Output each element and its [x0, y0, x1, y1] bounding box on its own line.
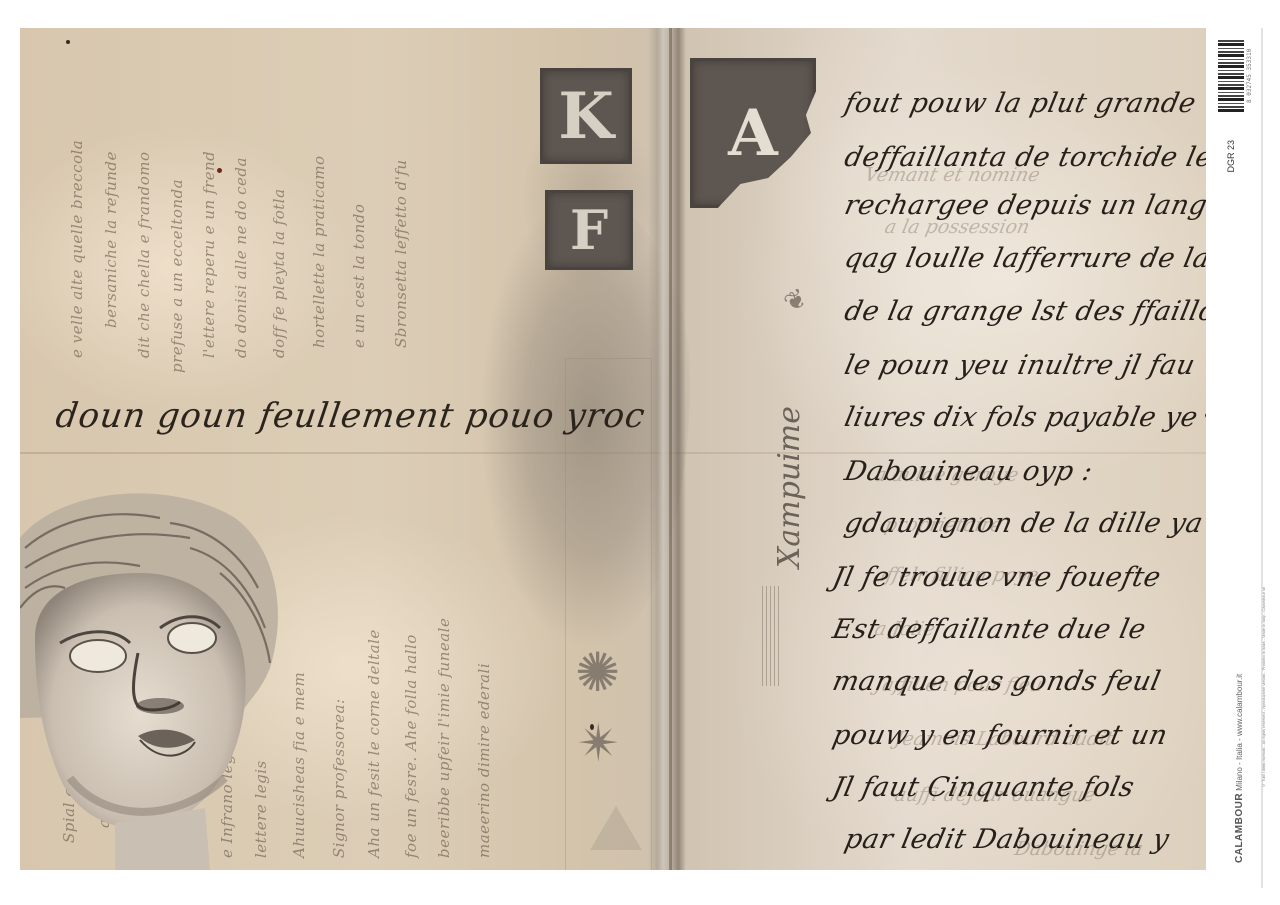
- brand-address: Milano - Italia - www.calambour.it: [1235, 674, 1244, 791]
- script-column: Aha un fesit le corne deltale: [365, 629, 383, 858]
- handwriting-line: Est deffaillante due le: [830, 614, 1149, 645]
- handwriting-line: rechargee depuis un lange: [842, 190, 1206, 221]
- script-column: e un cest la tondo: [350, 204, 368, 348]
- script-column: hortellette la praticamo: [310, 155, 328, 348]
- brand-name: CALAMBOUR: [1234, 793, 1245, 863]
- handwriting-line: Jl fe trouue vne fouefte: [830, 562, 1164, 593]
- vertical-signature: Xampuime: [772, 406, 807, 568]
- ornamental-initial-f: F: [545, 190, 633, 270]
- statue-head-illustration: [20, 478, 285, 870]
- tiny-print-block: [762, 586, 782, 686]
- script-column: Sbronsetta leffetto d'fu: [392, 159, 410, 348]
- script-column: prefuse a un ecceltonda: [168, 179, 186, 373]
- artwork-sheet: e velle alte quelle breccola bersaniche …: [20, 28, 1206, 870]
- ornamental-initial-k: K: [540, 68, 632, 164]
- handwriting-line: liures dix fols payable ye: [842, 402, 1201, 433]
- script-column: doff fe pleyta la fotla: [270, 188, 288, 358]
- rosette-icon: ✺: [575, 646, 620, 700]
- handwriting-line: de la grange lst des ffaillon: [842, 296, 1206, 327]
- script-column: dit che chella e frandomo: [135, 151, 153, 358]
- brand-line: CALAMBOUR Milano - Italia - www.calambou…: [1234, 583, 1245, 863]
- book-gutter: [648, 28, 686, 870]
- ink-speck: [66, 40, 70, 44]
- script-column: l'ettere reperu e un frend: [200, 151, 218, 358]
- initial-letter: K: [558, 79, 614, 154]
- script-column: do donisi alle ne do ceda: [232, 157, 250, 358]
- script-column: foe un fesre. Ahe folla hallo: [402, 634, 420, 858]
- product-code: DGR 23: [1226, 140, 1236, 173]
- branding-margin: 8 032745 353310 DGR 23 © Tutti i diritti…: [1206, 28, 1280, 878]
- gutter-line: [669, 28, 672, 870]
- quill-feather-icon: ❦: [779, 283, 813, 320]
- script-column: bersaniche la refunde: [102, 151, 120, 328]
- triangle-icon: [590, 806, 642, 850]
- script-column: beeribbe upfeir l'imie funeale: [435, 618, 453, 858]
- handwriting-line: Jl faut Cinquante fols: [830, 772, 1138, 803]
- handwriting-line: qag loulle lafferrure de la g: [842, 243, 1206, 274]
- ink-speck: [590, 724, 594, 730]
- initial-letter: A: [728, 96, 778, 171]
- handwriting-line: deffaillanta de torchide le: [842, 142, 1206, 173]
- script-column: Signor professorea:: [330, 698, 348, 858]
- barcode-digits: 8 032745 353310: [1246, 40, 1253, 112]
- initial-letter: F: [570, 198, 608, 262]
- script-column: e velle alte quelle breccola: [68, 140, 86, 358]
- legal-text: © Tutti i diritti riservati - All rights…: [1261, 208, 1266, 788]
- banner-script-line: doun goun feullement pouo yroc: [53, 396, 648, 436]
- ink-speck: [217, 168, 222, 173]
- horizontal-fold: [20, 452, 1206, 454]
- handwriting-line: le poun yeu inultre jl fau: [842, 350, 1198, 381]
- script-column: Ahuucisheas fia e mem: [290, 672, 308, 858]
- handwriting-line: Dabouineau oyp :: [842, 456, 1096, 487]
- ornamental-initial-a: A: [690, 58, 816, 208]
- handwriting-line: manque des gonds feul: [830, 666, 1164, 697]
- handwriting-line: gdaupignon de la dille ya: [842, 508, 1206, 539]
- handwriting-line: fout pouw la plut grande: [842, 88, 1199, 119]
- handwriting-line: pouw y en fournir et un: [830, 720, 1171, 751]
- barcode: [1218, 40, 1244, 112]
- eight-point-star-icon: ✴: [577, 718, 621, 770]
- script-column: maeerino dimire ederali: [475, 663, 493, 858]
- handwriting-line: par ledit Dabouineau y: [842, 824, 1172, 855]
